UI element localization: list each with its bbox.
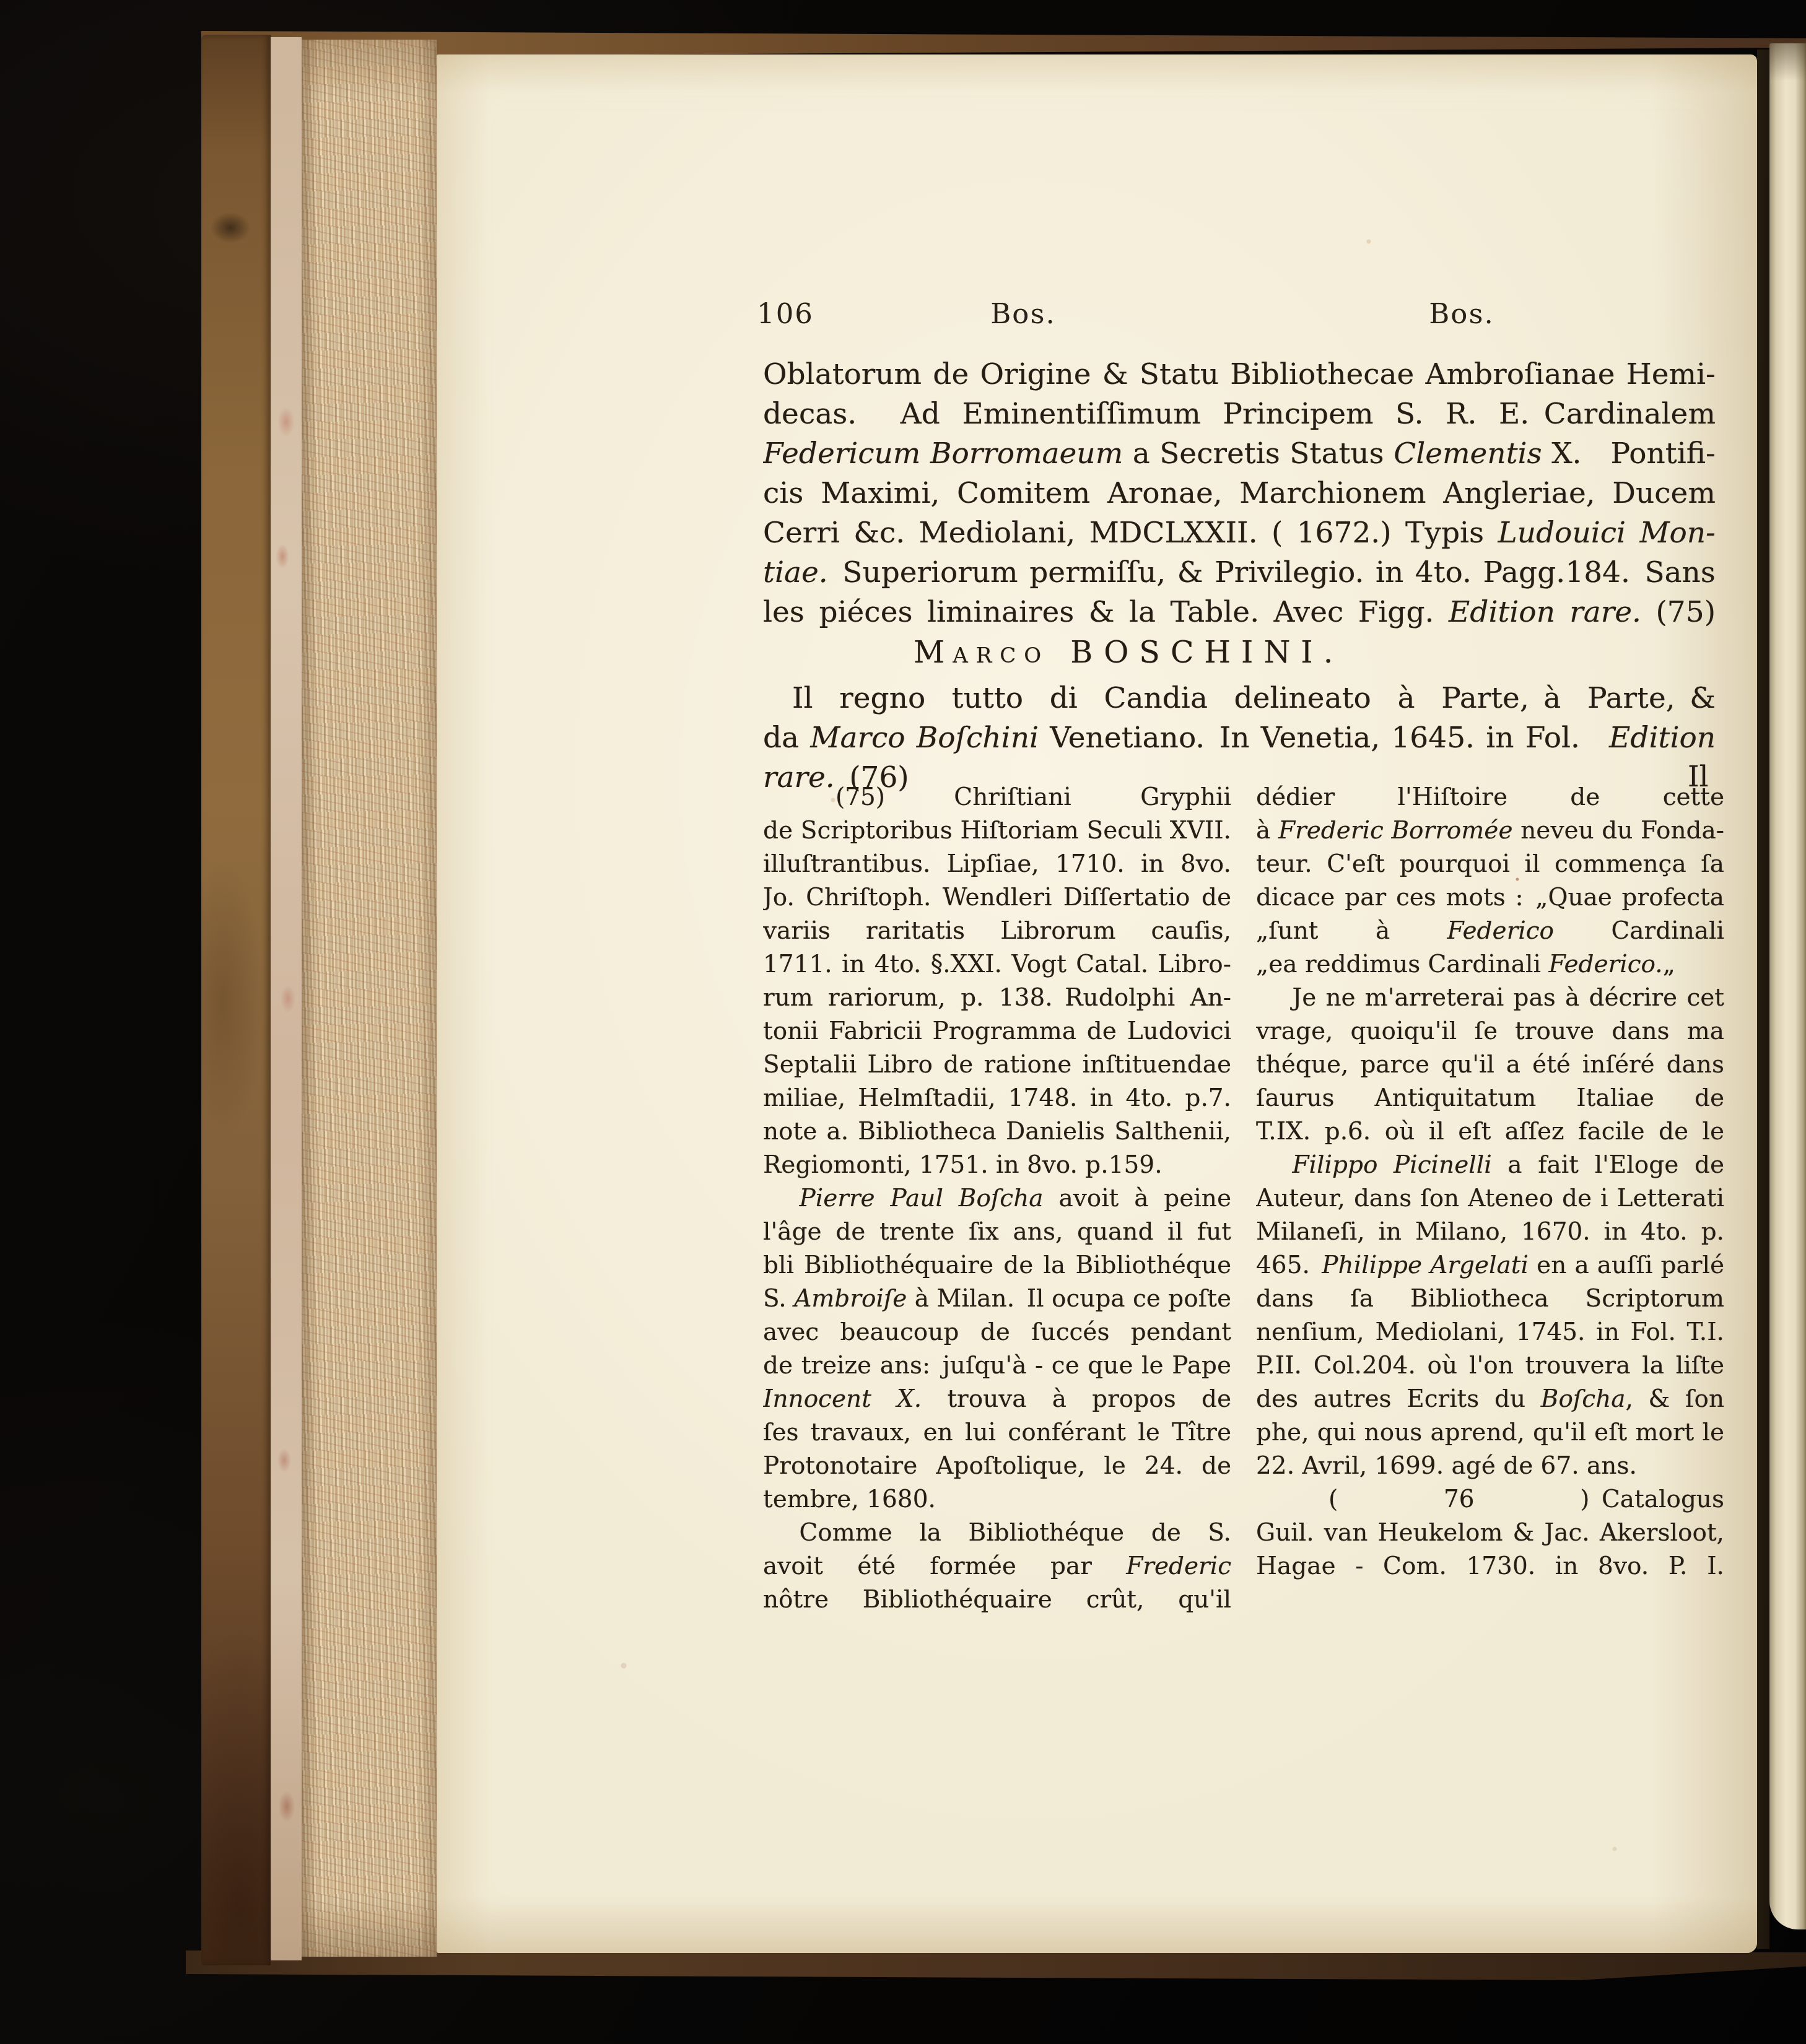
facing-page-edge (1769, 43, 1806, 1929)
running-title-right: Bos. (1406, 297, 1517, 330)
marbled-endpaper-edge (271, 37, 302, 1960)
page-number: 106 (757, 297, 814, 330)
footnote-75-left-column: (75) Chriſtiani Gryphii Apparatusde Scri… (763, 781, 1231, 1617)
running-title-left: Bos. (971, 297, 1076, 330)
book-photo: 106 Bos. Bos. Oblatorum de Origine & Sta… (0, 0, 1806, 2044)
leather-binding-edge (201, 35, 271, 1965)
page-stack-fore-edge (302, 40, 437, 1957)
section-heading-surname: BOSCHINI. (1070, 635, 1343, 670)
footnote-76-text: ( 76 ) Catalogus BibliothecarumGuil. van… (1256, 1483, 1724, 1583)
gutter-crease (1757, 50, 1769, 1949)
entry-candia-text: Il regno tutto di Candia delineato à Par… (763, 679, 1716, 798)
book-page: 106 Bos. Bos. Oblatorum de Origine & Sta… (437, 54, 1757, 1953)
section-heading: MarcoBOSCHINI. (914, 635, 1343, 670)
entry-ambrosiana-text: Oblatorum de Origine & Statu Bibliotheca… (763, 355, 1716, 632)
section-heading-first-name: Marco (914, 635, 1049, 670)
book-top-cover-edge (201, 31, 1806, 57)
footnote-75-right-column: dédier l'Hiſtoire de cette Bibliothéque,… (1256, 781, 1724, 1483)
